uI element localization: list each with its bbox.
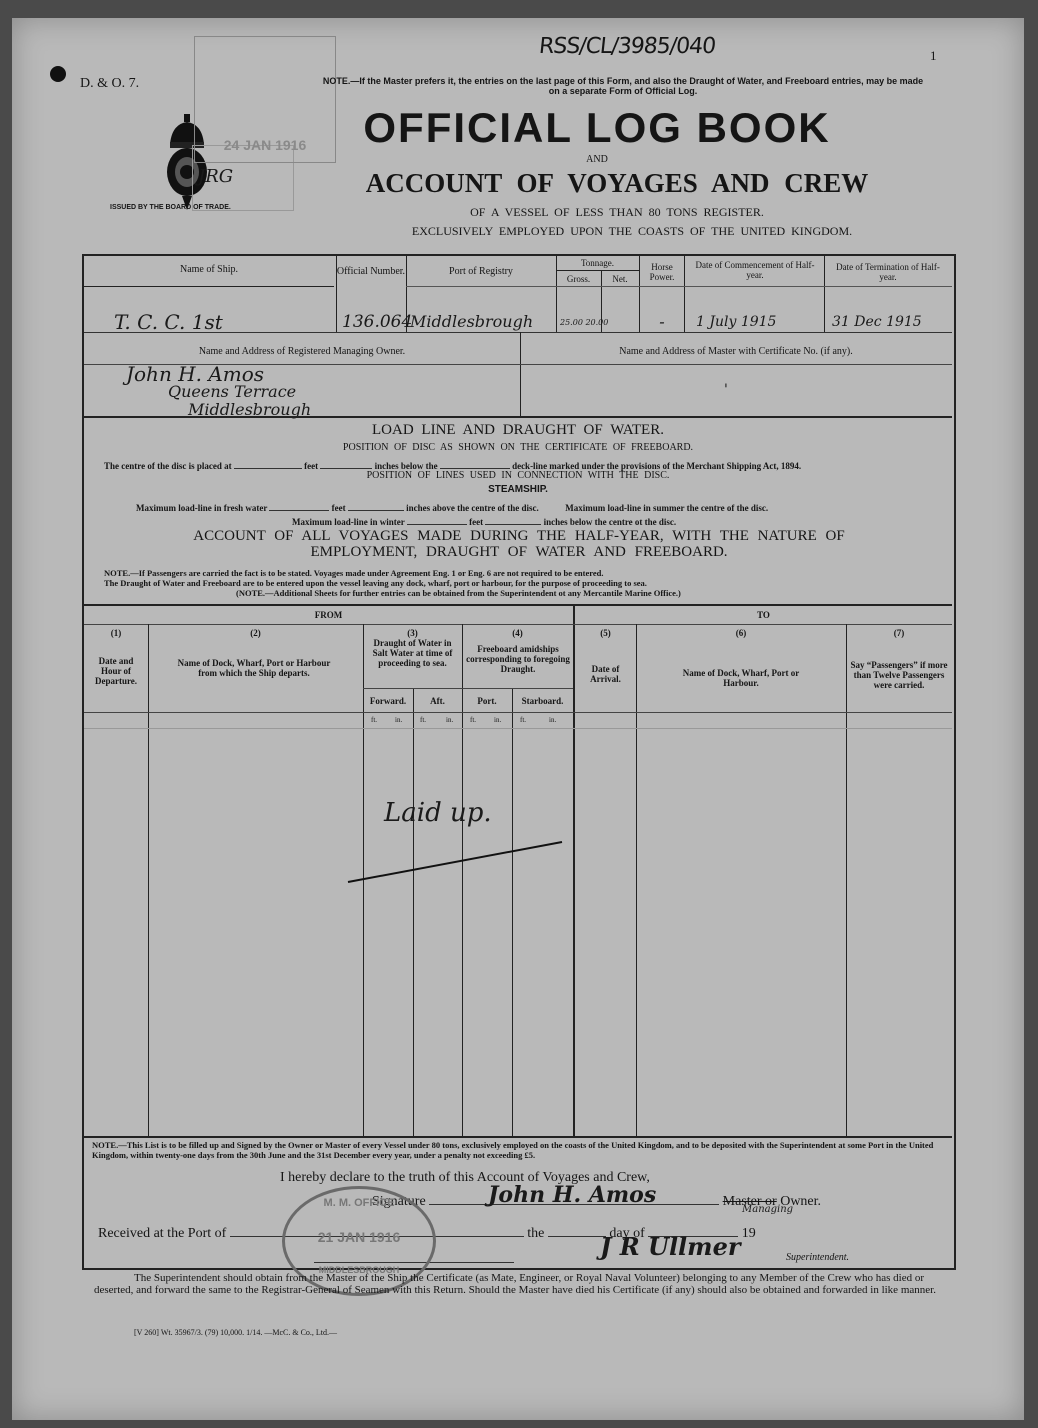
owner-signature: John H. Amos [488,1182,656,1208]
form-code: D. & O. 7. [80,76,139,92]
winter-text-b: feet [469,517,483,527]
subtitle-register: OF A VESSEL OF LESS THAN 80 TONS REGISTE… [312,205,922,220]
voyages-note2: The Draught of Water and Freeboard are t… [104,578,681,588]
col3-label: Draught of Water in Salt Water at time o… [367,638,458,668]
header-tonnage: Tonnage. [556,258,639,268]
disc-feet-field[interactable] [234,456,302,469]
col6-label: Name of Dock, Wharf, Port or Harbour. [674,668,808,688]
top-note: NOTE.—If the Master prefers it, the entr… [318,76,928,96]
sub-port: Port. [462,696,512,706]
load-line-heading: LOAD LINE AND DRAUGHT OF WATER. [84,422,952,439]
disc-deck-field[interactable] [440,456,510,469]
col1-number: (1) [84,628,148,638]
archive-reference: RSS/CL/3985/040 [538,34,717,59]
header-commencement: Date of Commencement of Half-year. [688,260,822,280]
winter-inches-field[interactable] [485,512,541,525]
received-the-label: the [527,1226,544,1241]
in-label: in. [395,716,402,724]
sub-forward: Forward. [363,696,413,706]
header-horse-power: Horse Power. [642,262,682,282]
page-number: 1 [930,48,937,64]
ft-label: ft. [420,716,426,724]
superintendent-instructions: The Superintendent should obtain from th… [94,1272,944,1296]
voyages-table: FROM TO (1) Date and Hour of Departure. … [84,606,952,1136]
col5-label: Date of Arrival. [579,664,632,684]
in-label: in. [494,716,501,724]
col6-number: (6) [636,628,846,638]
steamship-heading: STEAMSHIP. [84,484,952,495]
sub-starboard: Starboard. [512,696,573,706]
disc-position-line: The centre of the disc is placed at feet… [104,456,801,471]
stamp-top-text: M. M. OFFICE [285,1197,433,1209]
owner-address-line1: Queens Terrace [168,382,296,401]
ship-details-table: Name of Ship. Official Number. Port of R… [84,256,952,332]
winter-text-a: Maximum load-line in winter [292,517,405,527]
laid-up-entry: Laid up. [384,798,492,828]
value-commencement: 1 July 1915 [696,314,776,330]
ft-label: ft. [470,716,476,724]
document-page: RSS/CL/3985/040 1 D. & O. 7. JRG 24 JAN … [12,18,1024,1420]
header-official-number: Official Number. [336,266,406,277]
value-port-of-registry: Middlesbrough [410,312,533,331]
superintendent-label: Superintendent. [786,1252,849,1263]
value-horse-power: - [642,312,682,331]
sub-aft: Aft. [413,696,462,706]
subtitle-coasts: EXCLUSIVELY EMPLOYED UPON THE COASTS OF … [312,224,952,239]
header-gross: Gross. [556,274,601,284]
punch-hole [50,66,66,82]
fresh-feet-field[interactable] [269,498,329,511]
value-termination: 31 Dec 1915 [832,314,922,330]
voyages-heading-line2: EMPLOYMENT, DRAUGHT OF WATER AND FREEBOA… [104,544,934,560]
header-ship-name: Name of Ship. [84,264,334,275]
header-port-of-registry: Port of Registry [406,266,556,277]
to-header: TO [575,610,952,620]
col5-number: (5) [575,628,636,638]
col2-label: Name of Dock, Wharf, Port or Harbour fro… [174,658,334,678]
col3-number: (3) [363,628,462,638]
from-header: FROM [84,610,573,620]
in-label: in. [446,716,453,724]
master-label: Name and Address of Master with Certific… [520,346,952,357]
fresh-text-a: Maximum load-line in fresh water [136,503,267,513]
strike-line-icon [346,838,566,886]
voyages-note3: (NOTE.—Additional Sheets for further ent… [104,588,681,598]
voyages-heading-line1: ACCOUNT OF ALL VOYAGES MADE DURING THE H… [104,528,934,544]
print-code: [V 260] Wt. 35967/3. (79) 10,000. 1/14. … [134,1328,337,1337]
disc-inches-field[interactable] [320,456,372,469]
received-label: Received at the Port of [98,1226,226,1241]
master-value: ' [724,382,728,398]
fresh-water-line: Maximum load-line in fresh water feet in… [136,498,768,513]
title-and: AND [312,154,882,165]
page-title: OFFICIAL LOG BOOK [312,104,882,152]
header-termination: Date of Termination of Half-year. [828,262,948,282]
winter-line: Maximum load-line in winter feet inches … [292,512,676,527]
role-inserted: Managing [742,1204,793,1215]
issuer-text: ISSUED BY THE BOARD OF TRADE. [110,204,231,211]
received-day-field[interactable] [548,1224,606,1237]
col4-label: Freeboard amidships corresponding to for… [466,644,570,674]
fresh-inches-field[interactable] [348,498,404,511]
col2-number: (2) [148,628,363,638]
voyages-heading: ACCOUNT OF ALL VOYAGES MADE DURING THE H… [104,528,934,560]
superintendent-signature: J R Ullmer [600,1232,740,1261]
value-ship-name: T. C. C. 1st [114,310,223,334]
owner-label: Name and Address of Registered Managing … [84,346,520,357]
stamp-date: 21 JAN 1916 [285,1229,433,1245]
col1-label: Date and Hour of Departure. [88,656,144,686]
voyages-note1: NOTE.—If Passengers are carried the fact… [104,568,681,578]
received-year-label: 19 [742,1226,756,1241]
in-label: in. [549,716,556,724]
voyages-notes: NOTE.—If Passengers are carried the fact… [104,568,681,598]
col4-number: (4) [462,628,573,638]
ft-label: ft. [520,716,526,724]
value-tonnage: 25.00 20.00 [560,318,608,327]
lines-heading: POSITION OF LINES USED IN CONNECTION WIT… [84,470,952,481]
footer-note: NOTE.—This List is to be filled up and S… [92,1140,944,1160]
value-official-number: 136.064 [342,312,412,332]
col7-label: Say “Passengers” if more than Twelve Pas… [850,660,948,690]
header-net: Net. [601,274,639,284]
winter-feet-field[interactable] [407,512,467,525]
initials-signature: JRG [198,166,233,187]
winter-text-c: inches below the centre ot the disc. [544,517,677,527]
col7-number: (7) [846,628,952,638]
page-subtitle: ACCOUNT OF VOYAGES AND CREW [312,168,922,199]
disc-heading: POSITION OF DISC AS SHOWN ON THE CERTIFI… [84,442,952,453]
ft-label: ft. [371,716,377,724]
